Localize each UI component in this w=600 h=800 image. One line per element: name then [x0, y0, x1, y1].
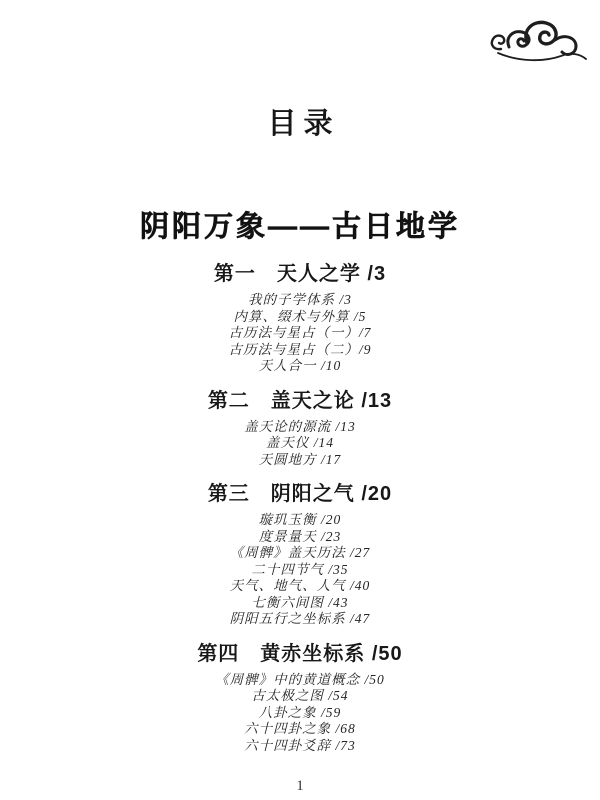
- section-heading: 第一 天人之学 /3: [0, 262, 600, 286]
- toc-entry: 六十四卦之象 /68: [0, 721, 600, 738]
- toc-entry: 天圆地方 /17: [0, 452, 600, 469]
- toc-section-1: 第一 天人之学 /3 我的子学体系 /3 内算、缀术与外算 /5 古历法与星占（…: [0, 262, 600, 375]
- toc-entry: 六十四卦爻辞 /73: [0, 738, 600, 755]
- toc-entry: 璇玑玉衡 /20: [0, 512, 600, 529]
- page-title: 目录: [0, 101, 600, 142]
- cloud-icon: [478, 6, 588, 78]
- toc-entry: 我的子学体系 /3: [0, 292, 600, 309]
- toc-section-3: 第三 阴阳之气 /20 璇玑玉衡 /20 度景量天 /23 《周髀》盖天历法 /…: [0, 482, 600, 628]
- toc-section-2: 第二 盖天之论 /13 盖天论的源流 /13 盖天仪 /14 天圆地方 /17: [0, 389, 600, 469]
- toc-entry: 七衡六间图 /43: [0, 595, 600, 612]
- section-heading: 第二 盖天之论 /13: [0, 389, 600, 413]
- toc-section-4: 第四 黄赤坐标系 /50 《周髀》中的黄道概念 /50 古太极之图 /54 八卦…: [0, 642, 600, 755]
- part-heading: 阴阳万象——古日地学: [0, 204, 600, 245]
- toc-entry: 度景量天 /23: [0, 529, 600, 546]
- toc-entry: 古历法与星占（一）/7: [0, 325, 600, 342]
- toc-entry: 古太极之图 /54: [0, 688, 600, 705]
- toc-entry: 天气、地气、人气 /40: [0, 578, 600, 595]
- section-heading: 第三 阴阳之气 /20: [0, 482, 600, 506]
- section-heading: 第四 黄赤坐标系 /50: [0, 642, 600, 666]
- toc-entry: 二十四节气 /35: [0, 562, 600, 579]
- toc-entry: 天人合一 /10: [0, 358, 600, 375]
- page-number: 1: [0, 778, 600, 795]
- toc-entry: 《周髀》中的黄道概念 /50: [0, 672, 600, 689]
- toc-entry: 《周髀》盖天历法 /27: [0, 545, 600, 562]
- toc-entry: 古历法与星占（二）/9: [0, 342, 600, 359]
- toc-entry: 内算、缀术与外算 /5: [0, 309, 600, 326]
- toc-entry: 盖天论的源流 /13: [0, 419, 600, 436]
- toc-sections: 第一 天人之学 /3 我的子学体系 /3 内算、缀术与外算 /5 古历法与星占（…: [0, 262, 600, 754]
- toc-entry: 阴阳五行之坐标系 /47: [0, 611, 600, 628]
- book-toc-page: 目录 阴阳万象——古日地学 第一 天人之学 /3 我的子学体系 /3 内算、缀术…: [0, 0, 600, 800]
- toc-entry: 八卦之象 /59: [0, 705, 600, 722]
- toc-entry: 盖天仪 /14: [0, 435, 600, 452]
